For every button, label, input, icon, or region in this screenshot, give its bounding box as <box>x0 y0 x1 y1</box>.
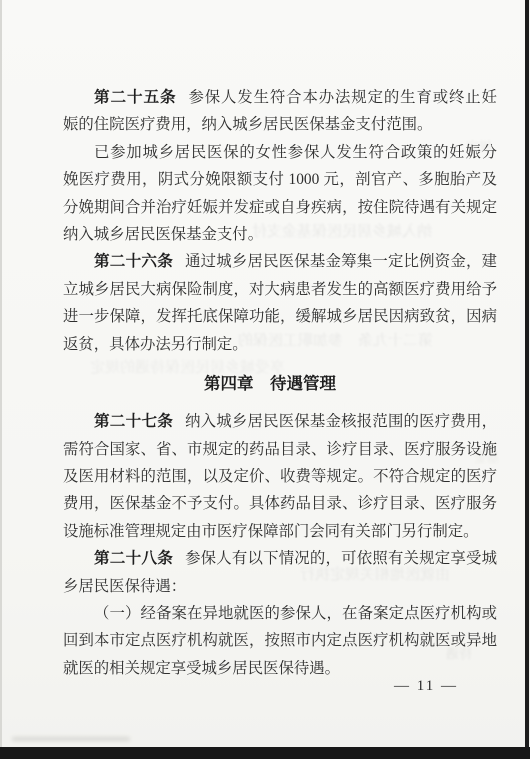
doc-line-text: 纳入城乡居民医保基金支付。 <box>63 226 263 243</box>
article-number: 第二十七条 <box>94 413 173 430</box>
doc-line-text: 就医的相关规定享受城乡居民医保待遇。 <box>63 660 340 677</box>
doc-line-text: 立城乡居民大病保险制度，对大病患者发生的高额医疗费用给予 <box>63 281 497 298</box>
doc-line: 返贫，具体办法另行制定。 <box>63 331 497 358</box>
doc-line: 第二十五条参保人发生符合本办法规定的生育或终止妊 <box>63 84 497 111</box>
doc-line-text: 分娩期间合并治疗妊娠并发症或自身疾病，按住院待遇有关规定 <box>63 199 497 216</box>
doc-line: 回到本市定点医疗机构就医，按照市内定点医疗机构就医或异地 <box>63 627 497 654</box>
doc-line-text: 参保人发生符合本办法规定的生育或终止妊 <box>188 89 497 106</box>
doc-line: 娠的住院医疗费用，纳入城乡居民医保基金支付范围。 <box>63 111 497 138</box>
doc-line-text: 已参加城乡居民医保的女性参保人发生符合政策的妊娠分 <box>94 144 497 161</box>
doc-line: 进一步保障，发挥托底保障功能，缓解城乡居民因病致贫，因病 <box>63 303 497 330</box>
doc-line: （一）经备案在异地就医的参保人，在备案定点医疗机构或 <box>63 600 497 627</box>
doc-line-text: 回到本市定点医疗机构就医，按照市内定点医疗机构就医或异地 <box>63 632 497 649</box>
doc-line: 分娩期间合并治疗妊娠并发症或自身疾病，按住院待遇有关规定 <box>63 194 497 221</box>
doc-line: 乡居民医保待遇： <box>63 573 497 600</box>
doc-line: 纳入城乡居民医保基金支付。 <box>63 221 497 248</box>
doc-line-text: 需符合国家、省、市规定的药品目录、诊疗目录、医疗服务设施 <box>63 441 497 458</box>
doc-line-text: 通过城乡居民医保基金筹集一定比例资金，建 <box>185 253 497 270</box>
page-number: — 11 — <box>394 678 458 695</box>
doc-line-text: 及医用材料的范围，以及定价、收费等规定。不符合规定的医疗 <box>63 468 497 485</box>
doc-line-text: 费用，医保基金不予支付。具体药品目录、诊疗目录、医疗服务 <box>63 495 497 512</box>
doc-line: 需符合国家、省、市规定的药品目录、诊疗目录、医疗服务设施 <box>63 436 497 463</box>
doc-line-text: 纳入城乡居民医保基金核报范围的医疗费用， <box>185 413 497 430</box>
doc-line: 立城乡居民大病保险制度，对大病患者发生的高额医疗费用给予 <box>63 276 497 303</box>
doc-line-text: 参保人有以下情况的，可依照有关规定享受城 <box>185 550 497 567</box>
scan-edge-bottom <box>0 747 530 759</box>
document-text-block: 第二十五条参保人发生符合本办法规定的生育或终止妊 娠的住院医疗费用，纳入城乡居民… <box>63 84 497 682</box>
article-number: 第二十五条 <box>94 89 176 106</box>
doc-line-text: 进一步保障，发挥托底保障功能，缓解城乡居民因病致贫，因病 <box>63 308 497 325</box>
doc-line: 设施标准管理规定由市医疗保障部门会同有关部门另行制定。 <box>63 518 497 545</box>
scan-edge-right <box>525 0 529 759</box>
chapter-heading: 第四章 待遇管理 <box>63 371 497 398</box>
scan-edge-left <box>0 0 2 759</box>
doc-line: 第二十七条纳入城乡居民医保基金核报范围的医疗费用， <box>63 408 497 435</box>
doc-line: 第二十六条通过城乡居民医保基金筹集一定比例资金，建 <box>63 248 497 275</box>
doc-line-text: 返贫，具体办法另行制定。 <box>63 336 248 353</box>
doc-line-text: 设施标准管理规定由市医疗保障部门会同有关部门另行制定。 <box>63 523 479 540</box>
doc-line-text: （一）经备案在异地就医的参保人，在备案定点医疗机构或 <box>94 605 497 622</box>
article-number: 第二十八条 <box>94 550 173 567</box>
article-number: 第二十六条 <box>94 253 173 270</box>
scan-smudge <box>12 737 130 741</box>
doc-line-text: 娠的住院医疗费用，纳入城乡居民医保基金支付范围。 <box>63 116 432 133</box>
scanned-document-page: 第二十五条参保人发生符合本办法规定的生育或终止妊 娠的住院医疗费用，纳入城乡居民… <box>0 0 530 759</box>
doc-line: 第二十八条参保人有以下情况的，可依照有关规定享受城 <box>63 545 497 572</box>
doc-line: 及医用材料的范围，以及定价、收费等规定。不符合规定的医疗 <box>63 463 497 490</box>
doc-line: 娩医疗费用，阴式分娩限额支付 1000 元，剖官产、多胞胎产及 <box>63 166 497 193</box>
doc-line: 已参加城乡居民医保的女性参保人发生符合政策的妊娠分 <box>63 139 497 166</box>
doc-line: 费用，医保基金不予支付。具体药品目录、诊疗目录、医疗服务 <box>63 490 497 517</box>
doc-line-text: 娩医疗费用，阴式分娩限额支付 1000 元，剖官产、多胞胎产及 <box>63 171 497 188</box>
doc-line-text: 乡居民医保待遇： <box>63 578 186 595</box>
